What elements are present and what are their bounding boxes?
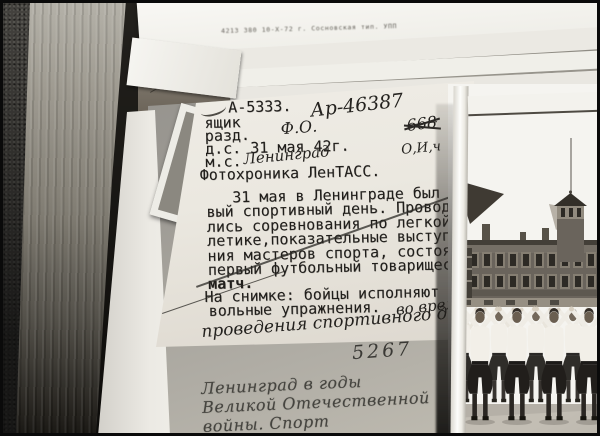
photo-border <box>0 0 600 436</box>
archive-photo-scene: 4213 380 10-X-72 г. Сосновская тип. УПП … <box>0 0 600 436</box>
